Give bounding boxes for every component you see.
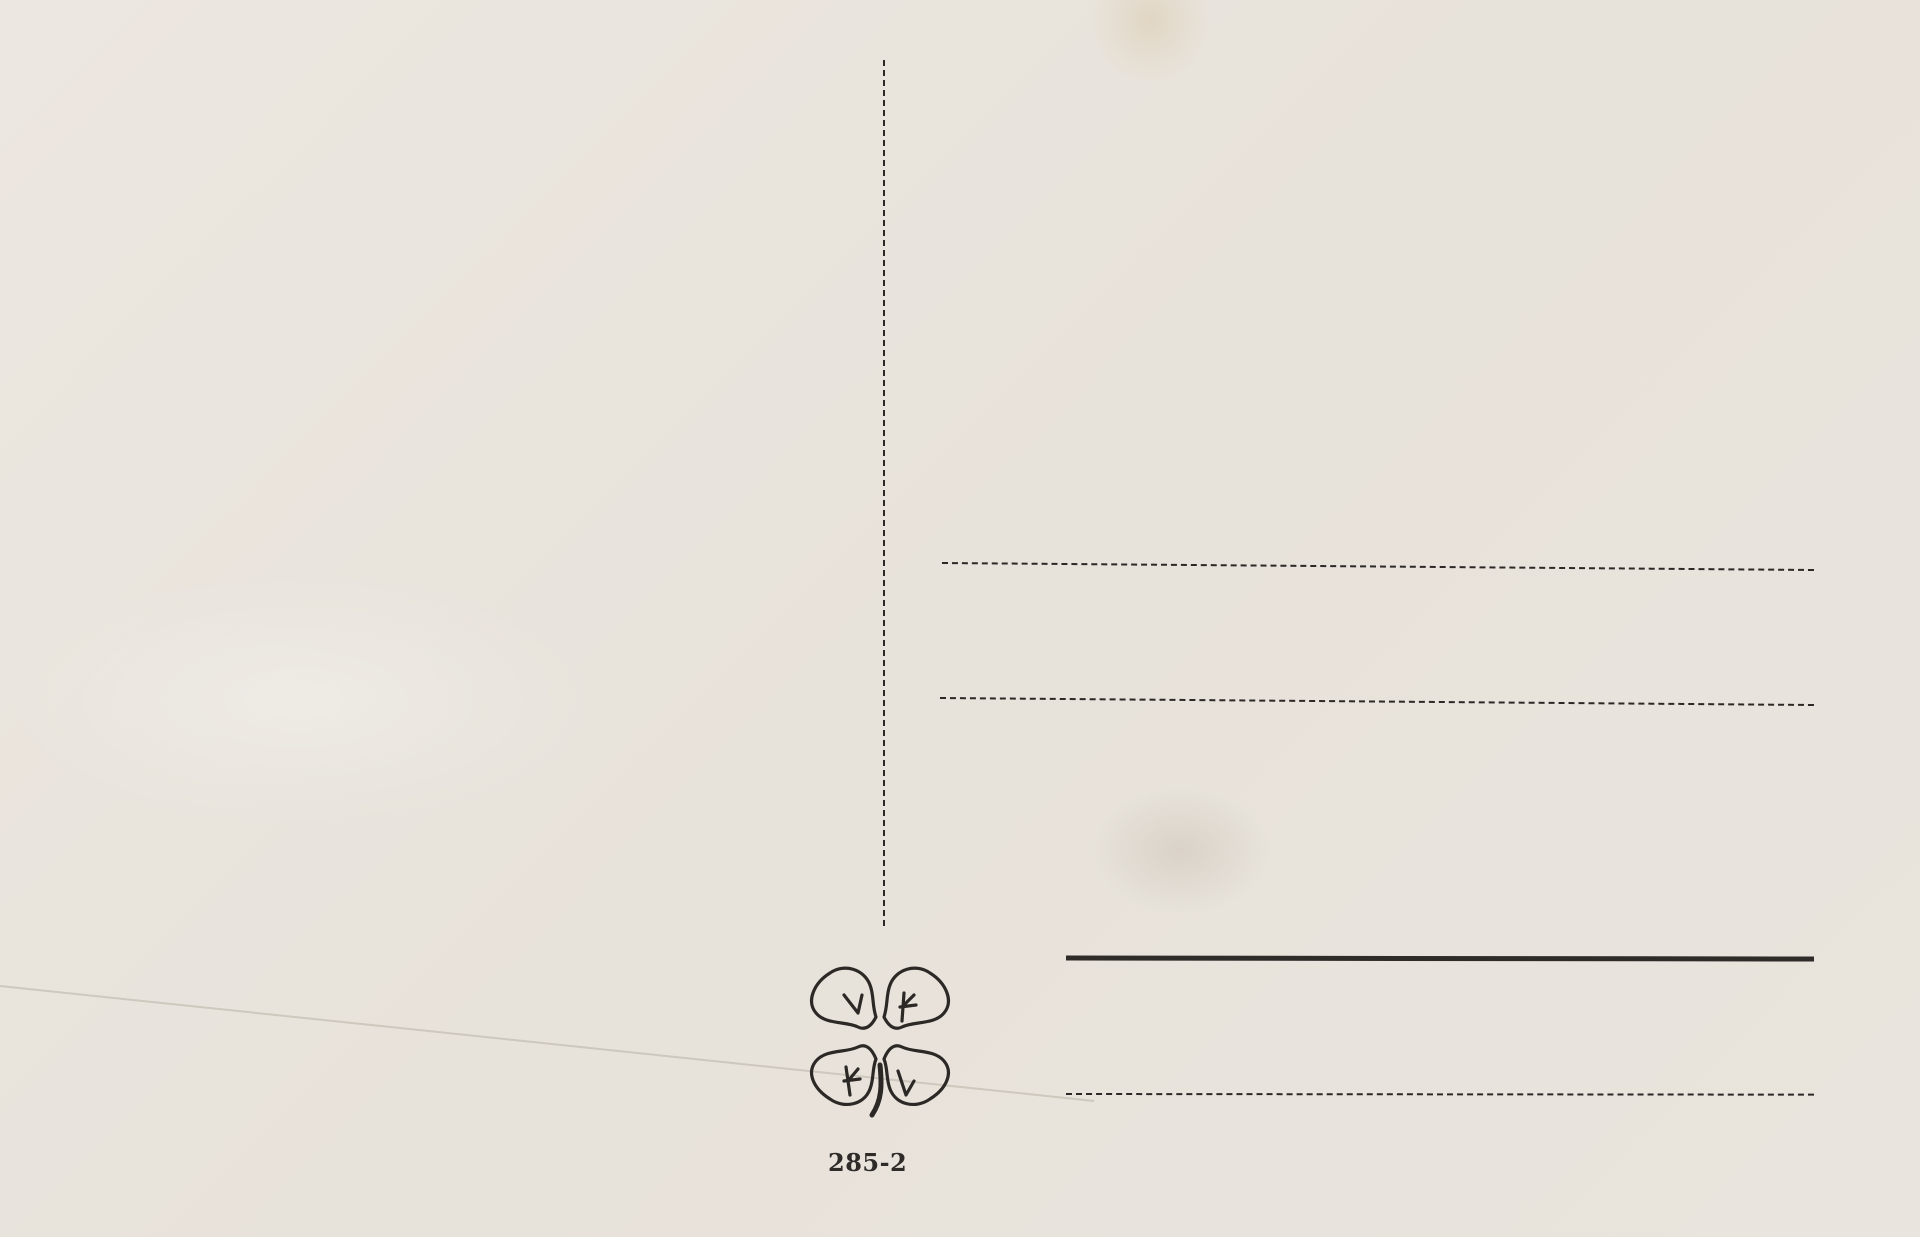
print-code: 285-2 bbox=[828, 1148, 907, 1177]
address-line-1 bbox=[942, 562, 1814, 571]
address-line-4 bbox=[1066, 1093, 1814, 1096]
postcard-back: 285-2 bbox=[0, 0, 1920, 1237]
address-line-2 bbox=[940, 697, 1814, 706]
divider-line bbox=[883, 60, 885, 926]
four-leaf-clover-icon bbox=[800, 955, 960, 1120]
address-line-3-solid bbox=[1066, 955, 1814, 961]
